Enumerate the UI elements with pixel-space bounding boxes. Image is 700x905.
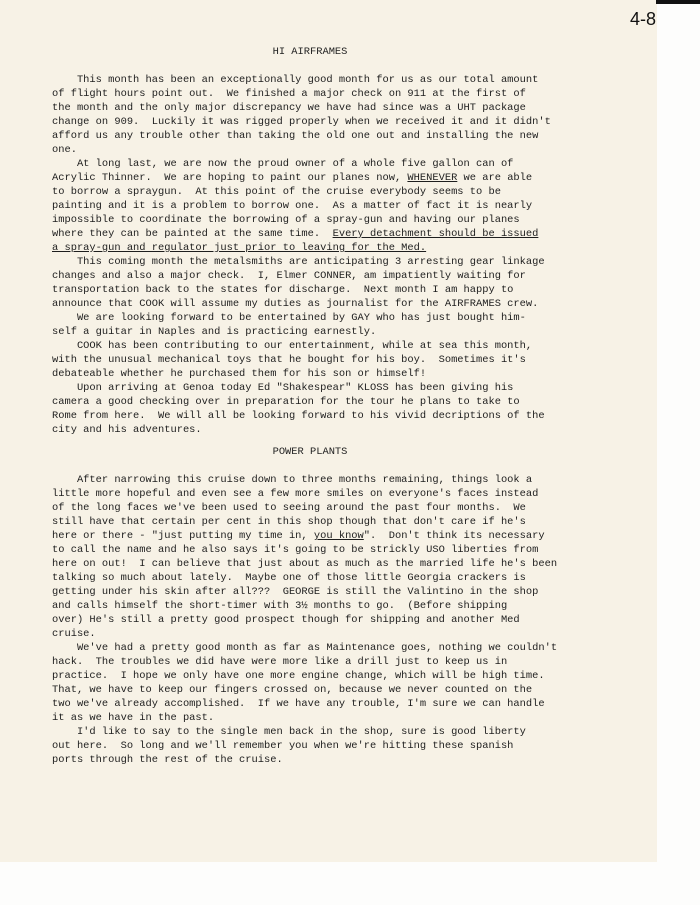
text-line: After narrowing this cruise down to thre…	[52, 473, 612, 487]
text-line: it as we have in the past.	[52, 711, 612, 725]
text-line: getting under his skin after all??? GEOR…	[52, 585, 612, 599]
text-line: and calls himself the short-timer with 3…	[52, 599, 612, 613]
text-line: changes and also a major check. I, Elmer…	[52, 269, 612, 283]
text-line: of the long faces we've been used to see…	[52, 501, 612, 515]
text-line: two we've already accomplished. If we ha…	[52, 697, 612, 711]
text-line: to borrow a spraygun. At this point of t…	[52, 185, 612, 199]
underlined-text: WHENEVER	[407, 172, 457, 184]
text-line: painting and it is a problem to borrow o…	[52, 199, 612, 213]
text-line: a spray-gun and regulator just prior to …	[52, 241, 612, 255]
text-line: here on out! I can believe that just abo…	[52, 557, 612, 571]
text-line: where they can be painted at the same ti…	[52, 227, 612, 241]
text-line: impossible to coordinate the borrowing o…	[52, 213, 612, 227]
underlined-text: Every detachment should be issued	[333, 228, 539, 240]
text-line: change on 909. Luckily it was rigged pro…	[52, 115, 612, 129]
text-line: announce that COOK will assume my duties…	[52, 297, 612, 311]
text-line: Upon arriving at Genoa today Ed "Shakesp…	[52, 381, 612, 395]
text-line: afford us any trouble other than taking …	[52, 129, 612, 143]
text-line: At long last, we are now the proud owner…	[52, 157, 612, 171]
text-line: with the unusual mechanical toys that he…	[52, 353, 612, 367]
page-number: 4-8	[630, 9, 656, 30]
text-line: This month has been an exceptionally goo…	[52, 73, 612, 87]
text-line: transportation back to the states for di…	[52, 283, 612, 297]
text-line: camera a good checking over in preparati…	[52, 395, 612, 409]
text-line: We are looking forward to be entertained…	[52, 311, 612, 325]
text-line: of flight hours point out. We finished a…	[52, 87, 612, 101]
text-line: here or there - "just putting my time in…	[52, 529, 612, 543]
text-line: hack. The troubles we did have were more…	[52, 655, 612, 669]
section-body-power-plants: After narrowing this cruise down to thre…	[52, 473, 612, 767]
text-line: out here. So long and we'll remember you…	[52, 739, 612, 753]
text-line: Acrylic Thinner. We are hoping to paint …	[52, 171, 612, 185]
text-line: debateable whether he purchased them for…	[52, 367, 612, 381]
text-line: cruise.	[52, 627, 612, 641]
text-line: This coming month the metalsmiths are an…	[52, 255, 612, 269]
text-line: city and his adventures.	[52, 423, 612, 437]
text-line: over) He's still a pretty good prospect …	[52, 613, 612, 627]
text-line: little more hopeful and even see a few m…	[52, 487, 612, 501]
text-line: That, we have to keep our fingers crosse…	[52, 683, 612, 697]
text-line: talking so much about lately. Maybe one …	[52, 571, 612, 585]
text-line: one.	[52, 143, 612, 157]
text-line: Rome from here. We will all be looking f…	[52, 409, 612, 423]
text-line: practice. I hope we only have one more e…	[52, 669, 612, 683]
scan-edge-bar	[656, 0, 700, 4]
section-title-airframes: HI AIRFRAMES	[0, 46, 620, 58]
underlined-text: a spray-gun and regulator just prior to …	[52, 242, 426, 254]
text-line: We've had a pretty good month as far as …	[52, 641, 612, 655]
text-line: self a guitar in Naples and is practicin…	[52, 325, 612, 339]
text-line: to call the name and he also says it's g…	[52, 543, 612, 557]
text-line: still have that certain per cent in this…	[52, 515, 612, 529]
text-line: I'd like to say to the single men back i…	[52, 725, 612, 739]
text-line: the month and the only major discrepancy…	[52, 101, 612, 115]
section-body-airframes: This month has been an exceptionally goo…	[52, 73, 612, 437]
text-line: COOK has been contributing to our entert…	[52, 339, 612, 353]
text-line: ports through the rest of the cruise.	[52, 753, 612, 767]
underlined-text: you know	[314, 530, 364, 542]
section-title-power-plants: POWER PLANTS	[0, 446, 620, 458]
